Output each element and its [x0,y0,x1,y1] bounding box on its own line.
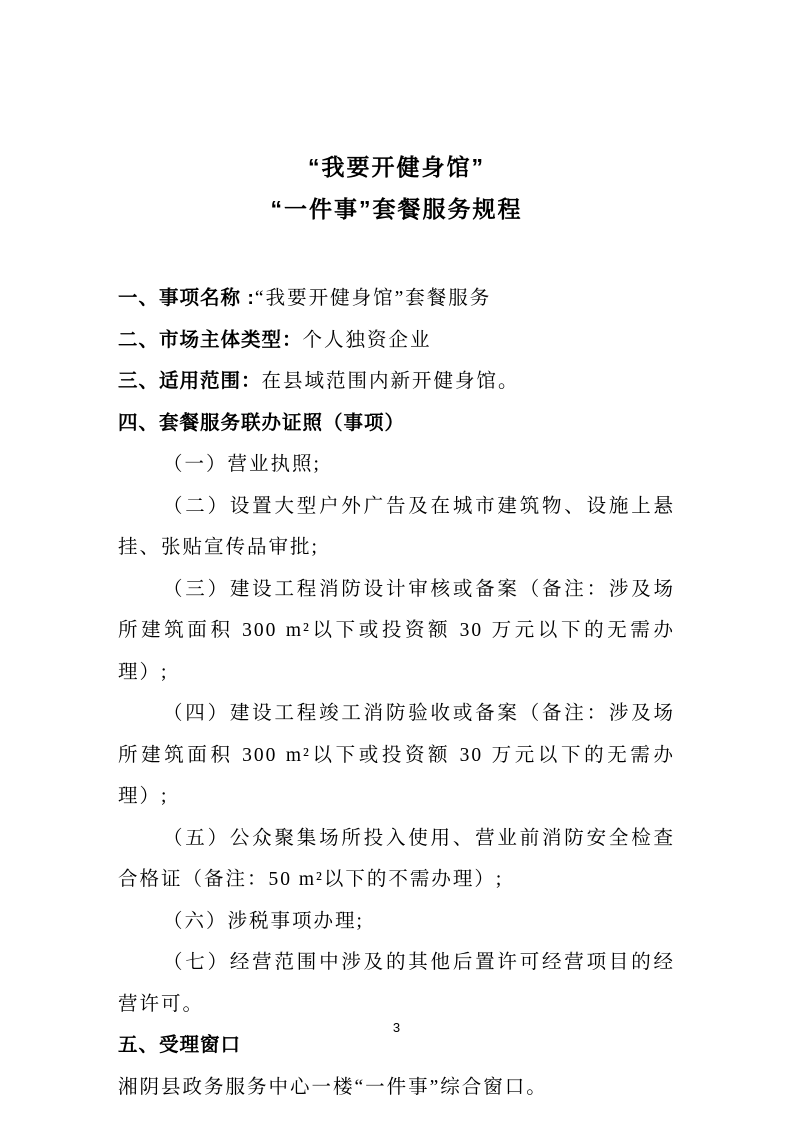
document-content: “我要开健身馆” “一件事”套餐服务规程 一、事项名称 :“我要开健身馆”套餐服… [118,146,675,1108]
package-item-6: （六）涉税事项办理; [118,901,675,943]
section-package-heading: 四、套餐服务联办证照（事项） [118,403,675,445]
page-number: 3 [0,1019,793,1037]
section-window-body: 湘阴县政务服务中心一楼“一件事”综合窗口。 [118,1067,675,1109]
section-scope-value: 在县域范围内新开健身馆。 [262,371,520,392]
section-scope: 三、适用范围：在县域范围内新开健身馆。 [118,361,675,403]
section-entity-type-label: 二、市场主体类型： [118,329,303,351]
package-item-2: （二）设置大型户外广告及在城市建筑物、设施上悬挂、张贴宣传品审批; [118,486,675,569]
package-item-5: （五）公众聚集场所投入使用、营业前消防安全检查合格证（备注：50 m²以下的不需… [118,818,675,901]
title-body-gap [118,230,675,278]
package-item-4: （四）建设工程竣工消防验收或备案（备注：涉及场所建筑面积 300 m²以下或投资… [118,693,675,818]
section-item-name: 一、事项名称 :“我要开健身馆”套餐服务 [118,278,675,320]
section-item-name-value: “我要开健身馆”套餐服务 [255,288,491,309]
section-entity-type: 二、市场主体类型：个人独资企业 [118,320,675,362]
section-entity-type-value: 个人独资企业 [303,330,432,351]
document-page: “我要开健身馆” “一件事”套餐服务规程 一、事项名称 :“我要开健身馆”套餐服… [0,0,793,1122]
document-title-line-1: “我要开健身馆” [118,146,675,188]
package-item-3: （三）建设工程消防设计审核或备案（备注：涉及场所建筑面积 300 m²以下或投资… [118,569,675,694]
section-item-name-label: 一、事项名称 : [118,287,255,309]
section-scope-label: 三、适用范围： [118,370,262,392]
document-title-line-2: “一件事”套餐服务规程 [118,188,675,230]
package-item-1: （一）营业执照; [118,444,675,486]
package-item-7: （七）经营范围中涉及的其他后置许可经营项目的经营许可。 [118,942,675,1025]
